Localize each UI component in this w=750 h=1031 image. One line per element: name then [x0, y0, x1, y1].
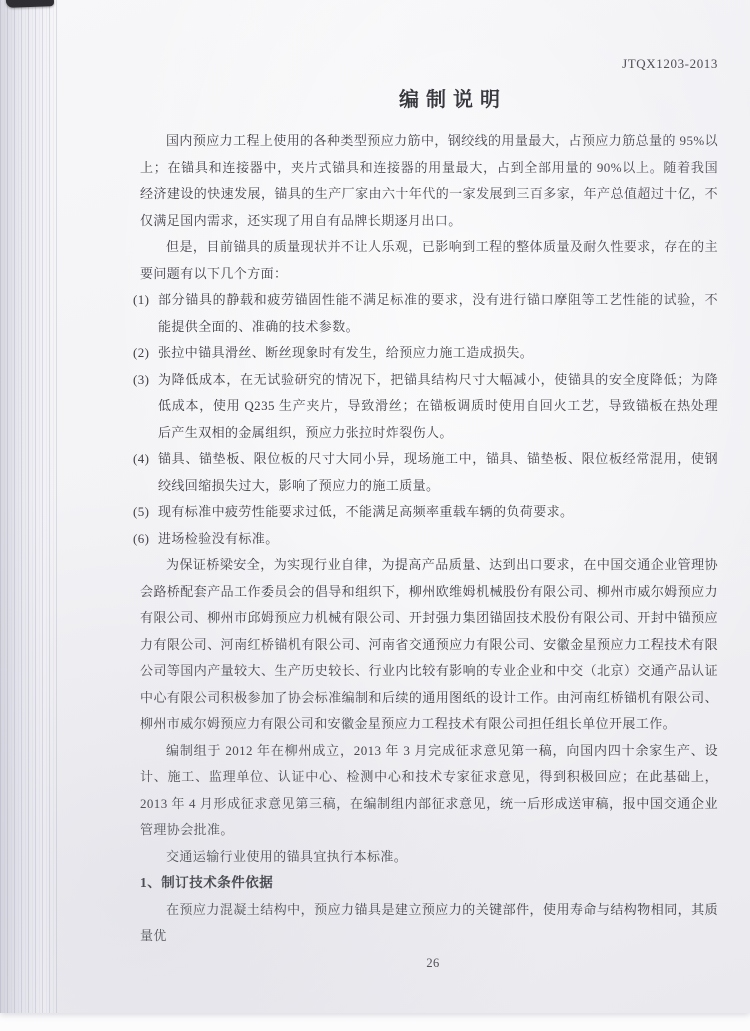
page-number: 26 — [140, 950, 718, 977]
issue-item-3: (3) 为降低成本，在无试验研究的情况下，把锚具结构尺寸大幅减小，使锚具的安全度… — [133, 367, 718, 447]
paragraph-overview: 国内预应力工程上使用的各种类型预应力筋中，钢绞线的用量最大，占预应力筋总量的 9… — [140, 128, 718, 234]
issue-text: 锚具、锚垫板、限位板的尺寸大同小异，现场施工中，锚具、锚垫板、限位板经常混用，使… — [158, 446, 718, 499]
paragraph-drafting: 编制组于 2012 年在柳州成立，2013 年 3 月完成征求意见第一稿，向国内… — [140, 738, 718, 844]
doc-code: JTQX1203-2013 — [622, 56, 718, 72]
issue-number: (1) — [133, 287, 158, 340]
issues-list: (1) 部分锚具的静载和疲劳锚固性能不满足标准的要求，没有进行锚口摩阻等工艺性能… — [140, 287, 718, 552]
section-1-heading: 1、制订技术条件依据 — [140, 870, 718, 897]
issue-item-6: (6) 进场检验没有标准。 — [133, 526, 718, 553]
issue-text: 为降低成本，在无试验研究的情况下，把锚具结构尺寸大幅减小，使锚具的安全度降低；为… — [158, 367, 718, 447]
issue-item-2: (2) 张拉中锚具滑丝、断丝现象时有发生，给预应力施工造成损失。 — [133, 340, 718, 367]
paragraph-problems-intro: 但是，目前锚具的质量现状并不让人乐观，已影响到工程的整体质量及耐久性要求，存在的… — [140, 234, 718, 287]
scanned-page: JTQX1203-2013 编制说明 国内预应力工程上使用的各种类型预应力筋中，… — [0, 0, 750, 1013]
issue-text: 张拉中锚具滑丝、断丝现象时有发生，给预应力施工造成损失。 — [158, 340, 718, 367]
page-body: 编制说明 国内预应力工程上使用的各种类型预应力筋中，钢绞线的用量最大，占预应力筋… — [140, 128, 718, 976]
paragraph-applicability: 交通运输行业使用的锚具宜执行本标准。 — [140, 844, 718, 871]
paragraph-section1-body: 在预应力混凝土结构中，预应力锚具是建立预应力的关键部件，使用寿命与结构物相同，其… — [140, 897, 718, 950]
page-title: 编制说明 — [140, 86, 718, 114]
issue-text: 进场检验没有标准。 — [158, 526, 718, 553]
issue-number: (4) — [133, 446, 158, 499]
issue-item-4: (4) 锚具、锚垫板、限位板的尺寸大同小异，现场施工中，锚具、锚垫板、限位板经常… — [133, 446, 718, 499]
issue-number: (2) — [133, 340, 158, 367]
issue-number: (3) — [133, 367, 158, 447]
issue-item-5: (5) 现有标准中疲劳性能要求过低，不能满足高频率重载车辆的负荷要求。 — [133, 499, 718, 526]
issue-number: (5) — [133, 499, 158, 526]
issue-text: 部分锚具的静载和疲劳锚固性能不满足标准的要求，没有进行锚口摩阻等工艺性能的试验，… — [158, 287, 718, 340]
issue-item-1: (1) 部分锚具的静载和疲劳锚固性能不满足标准的要求，没有进行锚口摩阻等工艺性能… — [133, 287, 718, 340]
book-page-edges — [0, 0, 58, 1013]
paragraph-committee: 为保证桥梁安全，为实现行业自律，为提高产品质量、达到出口要求，在中国交通企业管理… — [140, 552, 718, 738]
issue-text: 现有标准中疲劳性能要求过低，不能满足高频率重载车辆的负荷要求。 — [158, 499, 718, 526]
issue-number: (6) — [133, 526, 158, 553]
